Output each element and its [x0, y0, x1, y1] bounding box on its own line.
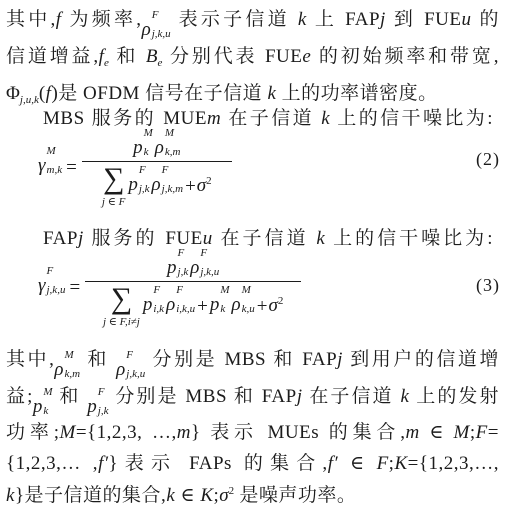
subscript: k,m [165, 147, 181, 158]
text: 在子信道 [221, 108, 321, 129]
subscript: k [220, 304, 225, 315]
paragraph2-line2: 益;pMk 和 pFj,k 分别是 MBS 和 FAPj 在子信道 k 上的发射 [6, 383, 499, 417]
subscript: i,k,u [176, 304, 195, 315]
var-f-prime: f′ [328, 453, 338, 474]
superscript: M [220, 285, 229, 300]
var-m: m [406, 422, 420, 443]
subscript: j,k,u [200, 267, 219, 278]
var-k: k [166, 485, 175, 506]
p-symbol: p [210, 285, 220, 314]
text: MBS 服务的 MUE [43, 108, 207, 129]
text: 益; [6, 386, 33, 407]
paragraph2-line3: 功率;M={1,2,3, …,m} 表示 MUEs 的集合,m ∈ M;F= [6, 419, 499, 446]
subscript: j,k,u [126, 369, 145, 380]
rho-symbol: ρ [155, 128, 164, 157]
text: 的 [471, 9, 499, 30]
equation-3: γFj,k,u= pFj,kρFj,k,u ∑j ∈ F,i≠jpFi,kρFi… [0, 248, 505, 328]
superscript: F [176, 285, 183, 300]
sigma-symbol: σ [269, 295, 278, 316]
rho-gain-token: ρFi,k,u [166, 285, 195, 315]
rho-symbol: ρ [116, 350, 125, 379]
text: 上的信干噪比为: [325, 228, 493, 249]
var-m: m [177, 422, 191, 443]
gamma-symbol: γ [38, 266, 46, 295]
text: 到 FUE [386, 9, 462, 30]
rho-channel-gain-token: ρFj,k,u [142, 10, 171, 40]
subscript: j,k [139, 184, 150, 195]
summation: ∑j ∈ F [102, 165, 125, 208]
superscript: F [178, 248, 185, 263]
p-symbol: p [167, 248, 177, 277]
superscript: F [47, 266, 54, 281]
p-power-token: pFi,k [143, 285, 164, 315]
phi-psd-token: Φj,u,k [6, 83, 39, 104]
noise-power-token: σ2 [269, 285, 284, 317]
equation3-lhs: γFj,k,u= [38, 266, 83, 299]
paragraph1-line1: 其中,f 为频率,ρFj,k,u 表示子信道 k 上 FAPj 到 FUEu 的 [6, 6, 499, 40]
subscript: j,k,u [152, 29, 171, 40]
var-u: u [203, 228, 213, 249]
rho-gain-token: ρFj,k,u [190, 248, 219, 278]
text: 其中, [6, 9, 56, 30]
text: 为频率, [62, 9, 142, 30]
sigma-symbol: σ [197, 175, 206, 196]
set-M: M [59, 422, 75, 443]
paragraph2-line5: k}是子信道的集合,k ∈ K;σ2 是噪声功率。 [6, 478, 499, 508]
superscript: F [200, 248, 207, 263]
superscript: M [242, 285, 251, 300]
superscript: F [98, 387, 105, 402]
text: {1,2,3,… , [6, 453, 98, 474]
var-u: u [461, 9, 471, 30]
superscript: M [64, 350, 73, 365]
equation-number-3: (3) [476, 275, 500, 296]
set-F: F [476, 422, 488, 443]
var-e: e [302, 46, 311, 67]
rho-symbol: ρ [190, 248, 199, 277]
gamma-sinr-token: γFj,k,u [38, 266, 65, 296]
set-K: K [394, 453, 407, 474]
rho-symbol: ρ [54, 350, 63, 379]
sum-condition: j ∈ F,i≠j [103, 315, 140, 328]
summation: ∑j ∈ F,i≠j [103, 285, 140, 328]
var-k: k [6, 485, 15, 506]
gamma-symbol: γ [38, 146, 46, 175]
element-of-symbol: ∈ [175, 485, 200, 506]
subscript: i,k [153, 304, 164, 315]
text: 其中, [6, 349, 54, 370]
text: )是 OFDM 信号在子信道 [51, 83, 267, 104]
p-power-token: pFj,k [87, 387, 108, 417]
text: ={1,2,3, …, [76, 422, 177, 443]
subscript: j,k,m [162, 184, 183, 195]
rho-gain-token: ρFj,k,m [152, 165, 184, 195]
p-power-token: pMk [33, 387, 53, 417]
text: 表示子信道 [171, 9, 298, 30]
sum-condition: j ∈ F [102, 195, 125, 208]
equation2-denominator: ∑j ∈ FpFj,kρFj,k,m+σ2 [102, 162, 212, 208]
text: ( [39, 83, 46, 104]
paragraph2-line1: 其中,ρMk,m 和 ρFj,k,u 分别是 MBS 和 FAPj 到用户的信道… [6, 346, 499, 380]
set-K: K [200, 485, 213, 506]
text: 信道增益, [6, 46, 99, 67]
sigma-symbol: σ [219, 485, 228, 506]
plus-sign: + [185, 165, 196, 198]
equation-2: γMm,k= pMkρMk,m ∑j ∈ FpFj,kρFj,k,m+σ2 (2… [0, 128, 505, 208]
subscript: k,m [64, 369, 80, 380]
superscript: F [152, 10, 159, 25]
noise-power-token: σ2 [219, 485, 234, 506]
text: ={1,2,3,…, [408, 453, 499, 474]
superscript: F [153, 285, 160, 300]
subscript: j,k,u [47, 285, 66, 296]
superscript: M [43, 387, 52, 402]
f-e-token: fe [99, 46, 109, 67]
subscript: j,k [178, 267, 189, 278]
text: 和 [109, 46, 146, 67]
B-symbol: B [146, 46, 158, 67]
text: 分别是 MBS 和 FAP [108, 386, 296, 407]
p-power-token: pMk [133, 128, 153, 158]
rho-gain-token: ρFj,k,u [116, 350, 145, 380]
superscript: F [139, 165, 146, 180]
subscript: k [43, 406, 48, 417]
rho-gain-token: ρMk,m [54, 350, 80, 380]
var-k: k [316, 228, 325, 249]
text: FAP [43, 228, 78, 249]
text: 上 FAP [307, 9, 380, 30]
text: 上的发射 [409, 386, 499, 407]
text: 上的信干噪比为: [330, 108, 493, 129]
equation3-denominator: ∑j ∈ F,i≠jpFi,kρFi,k,u+pMkρMk,u+σ2 [103, 282, 283, 328]
equals-sign: = [69, 266, 80, 299]
text: 和 [53, 386, 88, 407]
p-symbol: p [143, 285, 153, 314]
exponent: 2 [206, 175, 212, 187]
p-power-token: pFj,k [167, 248, 188, 278]
set-M: M [454, 422, 470, 443]
text: 的初始频率和带宽, [311, 46, 499, 67]
subscript: k,u [242, 304, 255, 315]
text: }表示 FAPs 的集合, [109, 453, 328, 474]
rho-symbol: ρ [232, 285, 241, 314]
set-F: F [377, 453, 389, 474]
gamma-sinr-token: γMm,k [38, 146, 62, 176]
element-of-symbol: ∈ [338, 453, 376, 474]
text: }是子信道的集合, [15, 485, 166, 506]
sigma-sum-icon: ∑ [103, 165, 124, 193]
superscript: M [165, 128, 174, 143]
p-power-token: pMk [210, 285, 230, 315]
superscript: M [144, 128, 153, 143]
exponent: 2 [278, 295, 284, 307]
subscript: j,k [98, 406, 109, 417]
element-of-symbol: ∈ [420, 422, 454, 443]
superscript: F [162, 165, 169, 180]
text: = [488, 422, 499, 443]
paragraph1-line2: 信道增益,fe 和 Be 分别代表 FUEe 的初始频率和带宽, [6, 43, 499, 77]
p-symbol: p [87, 387, 97, 416]
superscript: M [47, 146, 56, 161]
var-k: k [321, 108, 330, 129]
text: 上的功率谱密度。 [276, 83, 437, 104]
equation2-numerator: pMkρMk,m [132, 128, 181, 161]
text: 服务的 FUE [84, 228, 203, 249]
p-symbol: p [33, 387, 43, 416]
var-f-prime: f′ [98, 453, 108, 474]
equation-number-2: (2) [476, 149, 500, 170]
rho-symbol: ρ [152, 165, 161, 194]
text: 和 [80, 349, 116, 370]
text: 到用户的信道增 [343, 349, 499, 370]
rho-symbol: ρ [142, 10, 151, 39]
var-k: k [298, 9, 307, 30]
plus-sign: + [197, 285, 208, 318]
rho-gain-token: ρMk,m [155, 128, 181, 158]
text: 分别代表 FUE [162, 46, 302, 67]
equation3-numerator: pFj,kρFj,k,u [166, 248, 220, 281]
text: 分别是 MBS 和 FAP [145, 349, 337, 370]
p-symbol: p [133, 128, 143, 157]
text: 功率; [6, 422, 59, 443]
paragraph2-line4: {1,2,3,… ,f′}表示 FAPs 的集合,f′ ∈ F;K={1,2,3… [6, 450, 499, 477]
phi-symbol: Φ [6, 83, 20, 104]
text: 在子信道 [302, 386, 400, 407]
equation2-lhs: γMm,k= [38, 146, 80, 179]
p-symbol: p [128, 165, 138, 194]
subscript: m,k [47, 165, 63, 176]
rho-symbol: ρ [166, 285, 175, 314]
plus-sign: + [257, 285, 268, 318]
equation2-fraction: pMkρMk,m ∑j ∈ FpFj,kρFj,k,m+σ2 [82, 128, 232, 208]
text: 是噪声功率。 [234, 485, 356, 506]
B-e-token: Be [146, 46, 163, 67]
superscript: F [126, 350, 133, 365]
text: 在子信道 [213, 228, 317, 249]
p-power-token: pFj,k [128, 165, 149, 195]
text: } 表示 MUEs 的集合, [191, 422, 406, 443]
subscript: k [144, 147, 149, 158]
equation3-fraction: pFj,kρFj,k,u ∑j ∈ F,i≠jpFi,kρFi,k,u+pMkρ… [85, 248, 301, 328]
rho-gain-token: ρMk,u [232, 285, 255, 315]
var-m: m [207, 108, 221, 129]
equals-sign: = [66, 146, 77, 179]
noise-power-token: σ2 [197, 165, 212, 197]
sigma-sum-icon: ∑ [111, 285, 132, 313]
